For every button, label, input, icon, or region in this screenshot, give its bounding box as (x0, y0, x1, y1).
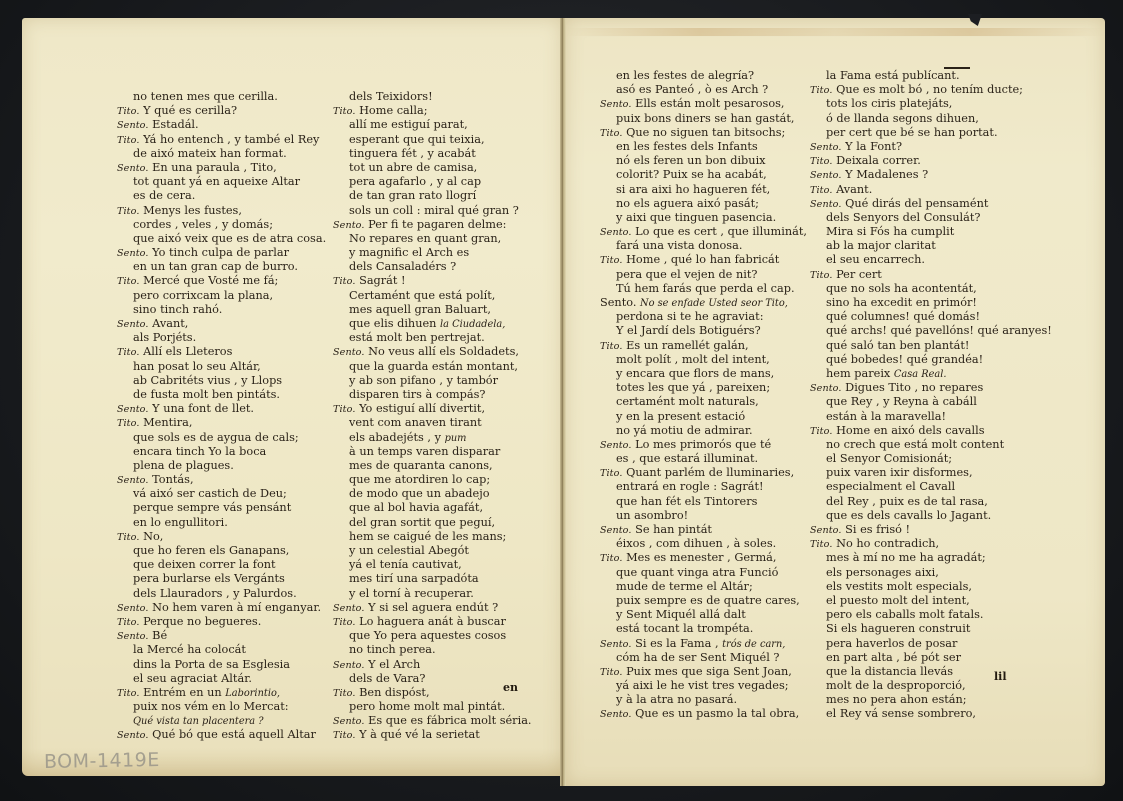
line-text: puix bons diners se han gastát, (616, 112, 795, 125)
dialogue-line: qué bobedes! qué grandéa! (810, 353, 1052, 367)
dialogue-line: Tito. Que no siguen tan bitsochs; (600, 126, 807, 140)
line-text: No veus allí els Soldadets, (368, 345, 519, 358)
dialogue-line: tots los ciris platejáts, (810, 97, 1052, 111)
line-text: y Sent Miquél allá dalt (616, 608, 746, 621)
speaker-name: Sento. (810, 199, 842, 210)
speaker-name: Sento. (117, 120, 149, 131)
line-text: els personages aixi, (826, 566, 939, 579)
line-text: Home en aixó dels cavalls (836, 424, 984, 437)
dialogue-line: si ara aixi ho hagueren fét, (600, 183, 807, 197)
line-text: están à la maravella! (826, 410, 946, 423)
line-text: que quant vinga atra Funció (616, 566, 778, 579)
line-text: Lo haguera anát à buscar (359, 615, 506, 628)
line-text: de aixó mateix han format. (133, 147, 287, 160)
dialogue-line: Sento. Bé (117, 629, 326, 643)
dialogue-line: especialment el Cavall (810, 480, 1052, 494)
dialogue-line: Sento. Lo mes primorós que té (600, 438, 807, 452)
line-text: No, (143, 530, 163, 543)
line-text: si ara aixi ho hagueren fét, (616, 183, 770, 196)
line-text: mes aquell gran Baluart, (349, 303, 491, 316)
line-text: de modo que un abadejo (349, 487, 490, 500)
dialogue-line: asó es Panteó , ò es Arch ? (600, 83, 807, 97)
dialogue-line: Sento. Lo que es cert , que illuminát, (600, 225, 807, 239)
dialogue-line: Tito. No, (117, 530, 326, 544)
line-text: pera burlarse els Vergánts (133, 572, 285, 585)
line-text: encara tinch Yo la boca (133, 445, 266, 458)
dialogue-line: per cert que bé se han portat. (810, 126, 1052, 140)
dialogue-line: que la guarda están montant, (333, 360, 532, 374)
italic-text: No se enfade Usted seor Tito, (640, 298, 788, 309)
italic-text: Qué vista tan placentera ? (133, 716, 264, 727)
dialogue-line: Qué vista tan placentera ? (117, 714, 326, 728)
italic-text: pum (445, 433, 467, 444)
line-text: de fusta molt ben pintáts. (133, 388, 280, 401)
dialogue-line: No repares en quant gran, (333, 232, 532, 246)
dialogue-line: en les festes de alegría? (600, 69, 807, 83)
line-text: sino tinch rahó. (133, 303, 222, 316)
line-text: perdona si te he agraviat: (616, 310, 764, 323)
line-text: yá el tenía cautivat, (349, 558, 462, 571)
speaker-name: Tito. (810, 270, 832, 281)
dialogue-line: el seu encarrech. (810, 253, 1052, 267)
speaker-name: Sento. (810, 170, 842, 181)
dialogue-line: la Mercé ha colocát (117, 643, 326, 657)
speaker-name: Tito. (117, 347, 139, 358)
line-text: Si els hagueren construit (826, 622, 970, 635)
line-text: pero els caballs molt fatals. (826, 608, 984, 621)
dialogue-line: entrará en rogle : Sagrát! (600, 480, 807, 494)
line-text: Entrém en un (143, 686, 225, 699)
speaker-name: Sento. (600, 227, 632, 238)
dialogue-line: Sento. No veus allí els Soldadets, (333, 345, 532, 359)
speaker-name: Tito. (333, 730, 355, 741)
line-text: molt de la desproporció, (826, 679, 966, 692)
dialogue-line: dels Senyors del Consulát? (810, 211, 1052, 225)
line-text: els vestits molt especials, (826, 580, 972, 593)
line-text: No ho contradich, (836, 537, 939, 550)
line-text: Que no siguen tan bitsochs; (626, 126, 785, 139)
speaker-name: Tito. (810, 539, 832, 550)
speaker-name: Tito. (600, 468, 622, 479)
dialogue-line: Tito. Es un ramellét galán, (600, 339, 807, 353)
line-text: Mentira, (143, 416, 192, 429)
line-text: Que es molt bó , no tením ducte; (836, 83, 1023, 96)
dialogue-line: y en la present estació (600, 410, 807, 424)
line-text: tot quant yá en aqueixe Altar (133, 175, 300, 188)
line-text: el seu agraciat Altár. (133, 672, 252, 685)
line-text: pero home molt mal pintát. (349, 700, 505, 713)
dialogue-line: Sento. No hem varen à mí enganyar. (117, 601, 326, 615)
line-text: y aixi que tinguen pasencia. (616, 211, 776, 224)
line-text: Y el Arch (368, 658, 420, 671)
line-text: Y si sel aguera endút ? (368, 601, 498, 614)
line-text: mes à mí no me ha agradát; (826, 551, 986, 564)
speaker-name: Tito. (117, 617, 139, 628)
line-text: puix sempre es de quatre cares, (616, 594, 800, 607)
dialogue-line: dels Cansaladérs ? (333, 260, 532, 274)
dialogue-line: puix sempre es de quatre cares, (600, 594, 807, 608)
dialogue-line: Sento. Y una font de llet. (117, 402, 326, 416)
dialogue-line: Sento. Y si sel aguera endút ? (333, 601, 532, 615)
dialogue-line: Tito. Menys les fustes, (117, 204, 326, 218)
speaker-name: Tito. (810, 85, 832, 96)
line-text: certamént molt naturals, (616, 395, 759, 408)
book-gutter (560, 18, 566, 786)
dialogue-line: fará una vista donosa. (600, 239, 807, 253)
line-text: Es que es fábrica molt séria. (368, 714, 531, 727)
dialogue-line: Tito. Perque no begueres. (117, 615, 326, 629)
line-text: tinguera fét , y acabát (349, 147, 476, 160)
line-text: mes tirí una sarpadóta (349, 572, 479, 585)
dialogue-line: puix nos vém en lo Mercat: (117, 700, 326, 714)
dialogue-line: y Sent Miquél allá dalt (600, 608, 807, 622)
dialogue-line: Certamént que está polít, (333, 289, 532, 303)
speaker-name: Tito. (810, 156, 832, 167)
dialogue-line: Sento. Yo tinch culpa de parlar (117, 246, 326, 260)
dialogue-line: Tú hem farás que perda el cap. (600, 282, 807, 296)
dialogue-line: ab la major claritat (810, 239, 1052, 253)
dialogue-line: vent com anaven tirant (333, 416, 532, 430)
line-text: puix nos vém en lo Mercat: (133, 700, 289, 713)
line-text: Y qué es cerilla? (143, 104, 237, 117)
dialogue-line: tot un abre de camisa, (333, 161, 532, 175)
line-text: cordes , veles , y domás; (133, 218, 273, 231)
line-text: als Porjéts. (133, 331, 196, 344)
speaker-name: Tito. (117, 532, 139, 543)
italic-text: trós de carn, (722, 639, 785, 650)
right-page-signature-mark: lil (994, 670, 1007, 683)
dialogue-line: els vestits molt especials, (810, 580, 1052, 594)
line-text: Y una font de llet. (152, 402, 254, 415)
dialogue-line: tinguera fét , y acabát (333, 147, 532, 161)
dialogue-line: Tito. Home calla; (333, 104, 532, 118)
speaker-name: Tito. (117, 206, 139, 217)
dialogue-line: en les festes dels Infants (600, 140, 807, 154)
dialogue-line: que sols es de aygua de cals; (117, 431, 326, 445)
line-text: que ho feren els Ganapans, (133, 544, 289, 557)
line-text: Home , qué lo han fabricát (626, 253, 779, 266)
line-text: dels de Vara? (349, 672, 425, 685)
line-text: dels Senyors del Consulát? (826, 211, 980, 224)
speaker-name: Tito. (333, 404, 355, 415)
line-text: Tontás, (152, 473, 193, 486)
dialogue-line: Tito. Avant. (810, 183, 1052, 197)
dialogue-line: la Fama está publícant. (810, 69, 1052, 83)
line-text: Quant parlém de lluminaries, (626, 466, 794, 479)
dialogue-line: pero home molt mal pintát. (333, 700, 532, 714)
line-text: En una paraula , Tito, (152, 161, 277, 174)
dialogue-line: vá aixó ser castich de Deu; (117, 487, 326, 501)
line-text: en un tan gran cap de burro. (133, 260, 298, 273)
line-text: Es un ramellét galán, (626, 339, 749, 352)
line-text: que me atordiren lo cap; (349, 473, 490, 486)
line-text: No repares en quant gran, (349, 232, 501, 245)
line-text: la Fama está publícant. (826, 69, 960, 82)
dialogue-line: hem pareix Casa Real. (810, 367, 1052, 381)
dialogue-line: tot quant yá en aqueixe Altar (117, 175, 326, 189)
line-text: Per cert (836, 268, 882, 281)
dialogue-line: que es dels cavalls lo Jagant. (810, 509, 1052, 523)
line-text: asó es Panteó , ò es Arch ? (616, 83, 768, 96)
speaker-name: Sento. (333, 347, 365, 358)
dialogue-line: Sento. No se enfade Usted seor Tito, (600, 296, 807, 310)
dialogue-line: mes aquell gran Baluart, (333, 303, 532, 317)
line-text: puix varen ixir disformes, (826, 466, 973, 479)
dialogue-line: Sento. Estadál. (117, 118, 326, 132)
line-text: que la guarda están montant, (349, 360, 518, 373)
line-text: y magnific el Arch es (349, 246, 469, 259)
line-text: ab la major claritat (826, 239, 936, 252)
line-text: la Mercé ha colocát (133, 643, 246, 656)
dialogue-line: als Porjéts. (117, 331, 326, 345)
dialogue-line: dels de Vara? (333, 672, 532, 686)
left-page-column-1: no tenen mes que cerilla.Tito. Y qué es … (117, 90, 326, 743)
dialogue-line: y à la atra no pasará. (600, 693, 807, 707)
line-text: el seu encarrech. (826, 253, 925, 266)
speaker-name: Sento. (117, 163, 149, 174)
line-text: qué saló tan ben plantát! (826, 339, 969, 352)
line-text: molt polít , molt del intent, (616, 353, 770, 366)
dialogue-line: que Yo pera aquestes cosos (333, 629, 532, 643)
dialogue-line: que no sols ha acontentát, (810, 282, 1052, 296)
line-text: Ben dispóst, (359, 686, 429, 699)
line-text: Y el Jardí dels Botiguérs? (616, 324, 761, 337)
line-text: dels Teixidors! (349, 90, 433, 103)
line-text: Per fi te pagaren delme: (368, 218, 506, 231)
line-text: han posat lo seu Altár, (133, 360, 261, 373)
line-text: no yá motiu de admirar. (616, 424, 753, 437)
line-text: el Senyor Comisionát; (826, 452, 952, 465)
line-text: Se han pintát (635, 523, 712, 536)
library-call-number: BOM-1419E (44, 749, 160, 773)
dialogue-line: cóm ha de ser Sent Miquél ? (600, 651, 807, 665)
line-text: tots los ciris platejáts, (826, 97, 952, 110)
dialogue-line: Tito. Mercé que Vosté me fá; (117, 274, 326, 288)
line-text: Home calla; (359, 104, 427, 117)
left-page-column-2: dels Teixidors!Tito. Home calla;allí me … (333, 90, 532, 743)
dialogue-line: no tenen mes que cerilla. (117, 90, 326, 104)
line-text: en les festes de alegría? (616, 69, 754, 82)
dialogue-line: y ab son pifano , y tambór (333, 374, 532, 388)
line-text: disparen tirs à compás? (349, 388, 486, 401)
dialogue-line: certamént molt naturals, (600, 395, 807, 409)
dialogue-line: molt de la desproporció, (810, 679, 1052, 693)
line-text: Avant. (836, 183, 872, 196)
line-text: per cert que bé se han portat. (826, 126, 998, 139)
dialogue-line: Sento. Avant, (117, 317, 326, 331)
speaker-name: Tito. (117, 135, 139, 146)
speaker-name: Tito. (600, 341, 622, 352)
line-text: de tan gran rato llogrí (349, 189, 476, 202)
dialogue-line: qué saló tan ben plantát! (810, 339, 1052, 353)
line-text: mes de quaranta canons, (349, 459, 493, 472)
speaker-name: Tito. (117, 688, 139, 699)
dialogue-line: y magnific el Arch es (333, 246, 532, 260)
italic-text: Casa Real. (894, 369, 947, 380)
line-text: à un temps varen disparar (349, 445, 500, 458)
speaker-name: Tito. (600, 553, 622, 564)
speaker-name: Sento. (810, 142, 842, 153)
line-text: y encara que flors de mans, (616, 367, 774, 380)
speaker-name: Sento. (810, 525, 842, 536)
speaker-name: Tito. (333, 106, 355, 117)
dialogue-line: Tito. Mes es menester , Germá, (600, 551, 807, 565)
dialogue-line: ó de llanda segons dihuen, (810, 112, 1052, 126)
line-text: en les festes dels Infants (616, 140, 758, 153)
speaker-name: Sento. (117, 248, 149, 259)
line-text: Certamént que está polít, (349, 289, 495, 302)
dialogue-line: Sento. Per fi te pagaren delme: (333, 218, 532, 232)
line-text: dins la Porta de sa Esglesia (133, 658, 290, 671)
dialogue-line: Tito. Mentira, (117, 416, 326, 430)
dialogue-line: un asombro! (600, 509, 807, 523)
speaker-name: Tito. (810, 185, 832, 196)
line-text: Que es un pasmo la tal obra, (635, 707, 799, 720)
dialogue-line: Tito. Yá ho entench , y també el Rey (117, 133, 326, 147)
speaker-name: Sento. (333, 716, 365, 727)
line-text: Bé (152, 629, 167, 642)
line-text: éixos , com dihuen , à soles. (616, 537, 776, 550)
dialogue-line: no yá motiu de admirar. (600, 424, 807, 438)
dialogue-line: nó els feren un bon dibuix (600, 154, 807, 168)
italic-text: la Ciudadela, (440, 319, 505, 330)
line-text: pera agafarlo , y al cap (349, 175, 481, 188)
line-text: totes les que yá , pareixen; (616, 381, 770, 394)
line-text: que elis dihuen (349, 317, 440, 330)
line-text: que Rey , y Reyna à cabáll (826, 395, 977, 408)
dialogue-line: no els aguera aixó pasát; (600, 197, 807, 211)
dialogue-line: cordes , veles , y domás; (117, 218, 326, 232)
dialogue-line: Tito. No ho contradich, (810, 537, 1052, 551)
line-text: pero corrixcam la plana, (133, 289, 273, 302)
dialogue-line: totes les que yá , pareixen; (600, 381, 807, 395)
dialogue-line: que han fét els Tintorers (600, 495, 807, 509)
water-stain (565, 28, 1105, 36)
dialogue-line: yá aixi le he vist tres vegades; (600, 679, 807, 693)
dialogue-line: els abadejéts , y pum (333, 431, 532, 445)
line-text: ab Cabritéts vius , y Llops (133, 374, 282, 387)
line-text: allí me estiguí parat, (349, 118, 468, 131)
dialogue-line: encara tinch Yo la boca (117, 445, 326, 459)
line-text: pera que el vejen de nit? (616, 268, 757, 281)
dialogue-line: Sento. Se han pintát (600, 523, 807, 537)
line-text: Yá ho entench , y també el Rey (143, 133, 319, 146)
dialogue-line: dins la Porta de sa Esglesia (117, 658, 326, 672)
dialogue-line: els personages aixi, (810, 566, 1052, 580)
line-text: no tinch perea. (349, 643, 436, 656)
line-text: que la distancia llevás (826, 665, 953, 678)
line-text: es , que estará illuminat. (616, 452, 758, 465)
dialogue-line: Tito. Per cert (810, 268, 1052, 282)
line-text: Y la Font? (845, 140, 902, 153)
line-text: Y à qué vé la serietat (359, 728, 480, 741)
dialogue-line: que quant vinga atra Funció (600, 566, 807, 580)
dialogue-line: ab Cabritéts vius , y Llops (117, 374, 326, 388)
line-text: Qué dirás del pensamént (845, 197, 988, 210)
dialogue-line: de modo que un abadejo (333, 487, 532, 501)
line-text: Allí els Lleteros (143, 345, 232, 358)
line-text: Estadál. (152, 118, 199, 131)
line-text: Mercé que Vosté me fá; (143, 274, 278, 287)
dialogue-line: y el torní à recuperar. (333, 587, 532, 601)
line-text: Yo estiguí allí divertit, (359, 402, 485, 415)
speaker-name: Tito. (600, 255, 622, 266)
dialogue-line: molt polít , molt del intent, (600, 353, 807, 367)
dialogue-line: Sento. Y Madalenes ? (810, 168, 1052, 182)
dialogue-line: plena de plagues. (117, 459, 326, 473)
dialogue-line: Sento. Si es la Fama , trós de carn, (600, 637, 807, 651)
dialogue-line: no tinch perea. (333, 643, 532, 657)
speaker-name: Sento. (600, 440, 632, 451)
dialogue-line: están à la maravella! (810, 410, 1052, 424)
dialogue-line: hem se caigué de les mans; (333, 530, 532, 544)
line-text: Si es frisó ! (845, 523, 910, 536)
dialogue-line: Tito. Puix mes que siga Sent Joan, (600, 665, 807, 679)
dialogue-line: no crech que está molt content (810, 438, 1052, 452)
dialogue-line: Sento. Tontás, (117, 473, 326, 487)
speaker-name: Sento. (810, 383, 842, 394)
dialogue-line: del gran sortit que peguí, (333, 516, 532, 530)
dialogue-line: que elis dihuen la Ciudadela, (333, 317, 532, 331)
dialogue-line: en part alta , bé pót ser (810, 651, 1052, 665)
speaker-name: Sento. (117, 603, 149, 614)
line-text: perque sempre vás pensánt (133, 501, 291, 514)
dialogue-line: éixos , com dihuen , à soles. (600, 537, 807, 551)
italic-text: Laborintio, (225, 688, 280, 699)
dialogue-line: Tito. Que es molt bó , no tením ducte; (810, 83, 1052, 97)
dialogue-line: es , que estará illuminat. (600, 452, 807, 466)
speaker-name: Tito. (600, 128, 622, 139)
dialogue-line: pera que el vejen de nit? (600, 268, 807, 282)
speaker-name: Sento. (600, 639, 632, 650)
dialogue-line: mes no pera ahon están; (810, 693, 1052, 707)
line-text: Sento. (600, 296, 640, 309)
dialogue-line: el Senyor Comisionát; (810, 452, 1052, 466)
dialogue-line: mude de terme el Altár; (600, 580, 807, 594)
line-text: hem pareix (826, 367, 894, 380)
line-text: Puix mes que siga Sent Joan, (626, 665, 792, 678)
line-text: es de cera. (133, 189, 195, 202)
dialogue-line: Sento. Digues Tito , no repares (810, 381, 1052, 395)
dialogue-line: Sento. Y el Arch (333, 658, 532, 672)
line-text: especialment el Cavall (826, 480, 955, 493)
line-text: mude de terme el Altár; (616, 580, 753, 593)
line-text: que al bol havia agafát, (349, 501, 483, 514)
line-text: Ells están molt pesarosos, (635, 97, 784, 110)
left-page-catchword: en (503, 681, 518, 694)
speaker-name: Sento. (117, 631, 149, 642)
line-text: que no sols ha acontentát, (826, 282, 977, 295)
line-text: Yo tinch culpa de parlar (152, 246, 289, 259)
line-text: del gran sortit que peguí, (349, 516, 495, 529)
speaker-name: Tito. (117, 106, 139, 117)
dialogue-line: Sento. Qué dirás del pensamént (810, 197, 1052, 211)
dialogue-line: pero corrixcam la plana, (117, 289, 326, 303)
dialogue-line: allí me estiguí parat, (333, 118, 532, 132)
dialogue-line: mes à mí no me ha agradát; (810, 551, 1052, 565)
line-text: y ab son pifano , y tambór (349, 374, 498, 387)
line-text: que es dels cavalls lo Jagant. (826, 509, 991, 522)
speaker-name: Sento. (333, 220, 365, 231)
line-text: Deixala correr. (836, 154, 921, 167)
line-text: dels Llauradors , y Palurdos. (133, 587, 297, 600)
dialogue-line: que aixó veix que es de atra cosa. (117, 232, 326, 246)
speaker-name: Tito. (117, 418, 139, 429)
speaker-name: Sento. (600, 99, 632, 110)
speaker-name: Sento. (117, 475, 149, 486)
dialogue-line: que ho feren els Ganapans, (117, 544, 326, 558)
dialogue-line: colorit? Puix se ha acabát, (600, 168, 807, 182)
